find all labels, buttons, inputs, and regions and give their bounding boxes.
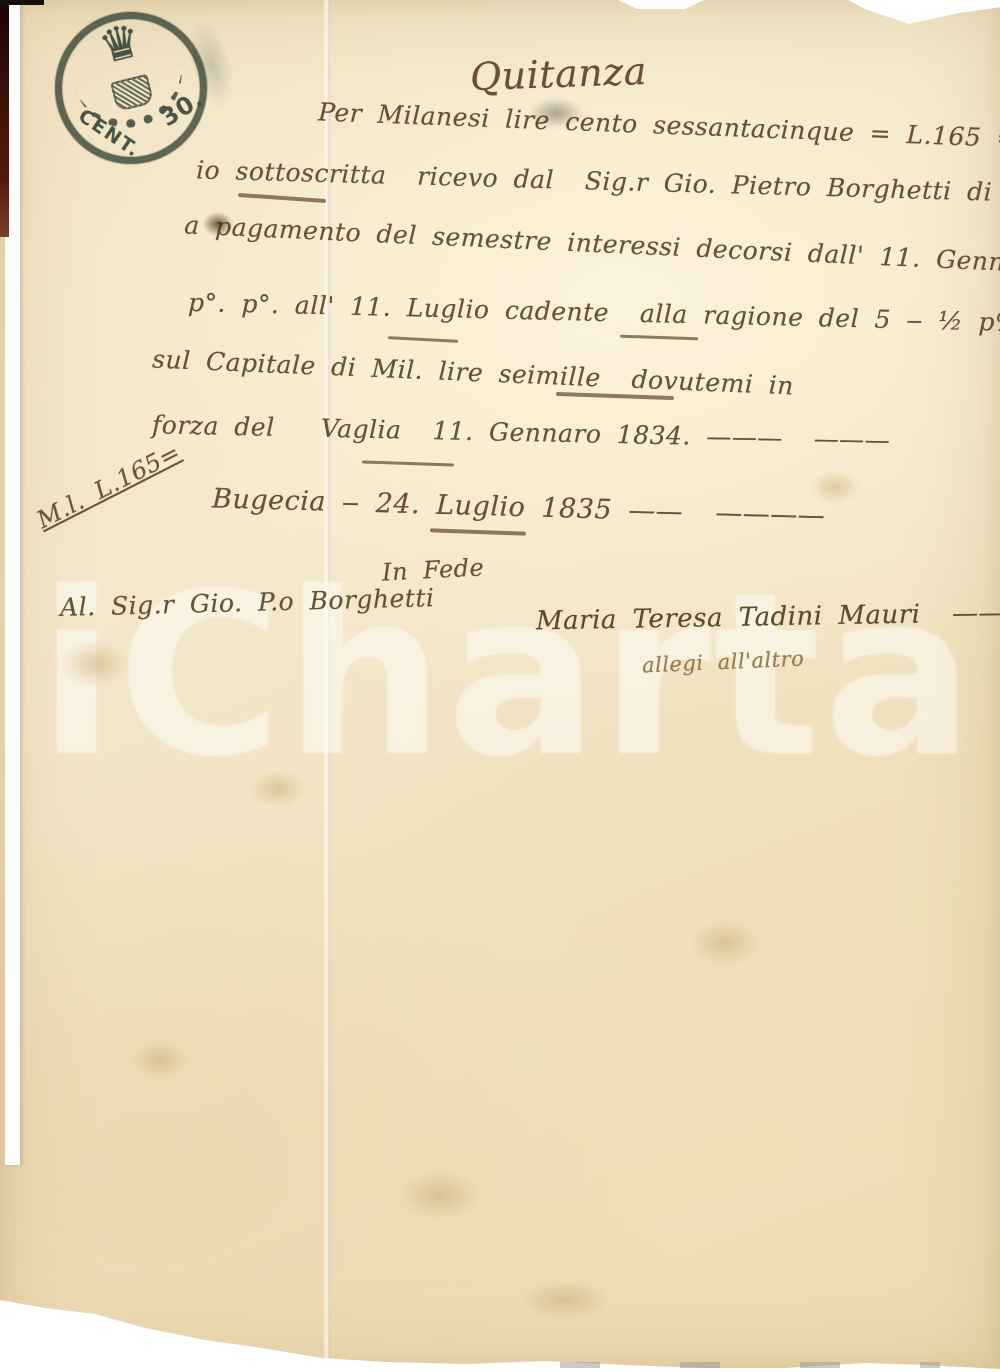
ink-blot <box>203 212 233 236</box>
foxing-spot <box>520 1280 610 1320</box>
foxing-spot <box>130 1040 190 1080</box>
scanned-document: iCharta ♛ CENT. 30. Quitanza Per Milanes… <box>0 0 1000 1372</box>
foxing-spot <box>810 470 860 504</box>
watermark: iCharta <box>38 545 998 807</box>
document-title: Quitanza <box>469 49 647 99</box>
scan-bottom-marks <box>560 1362 940 1368</box>
foxing-spot <box>60 640 130 688</box>
scan-edge-dark-strip <box>0 0 9 237</box>
foxing-spot <box>690 920 760 966</box>
ink-smudge <box>528 98 584 128</box>
foxing-spot <box>250 770 306 808</box>
scan-top-mark <box>0 0 44 5</box>
in-fede-label: In Fede <box>381 553 485 586</box>
foxing-spot <box>400 1170 480 1220</box>
